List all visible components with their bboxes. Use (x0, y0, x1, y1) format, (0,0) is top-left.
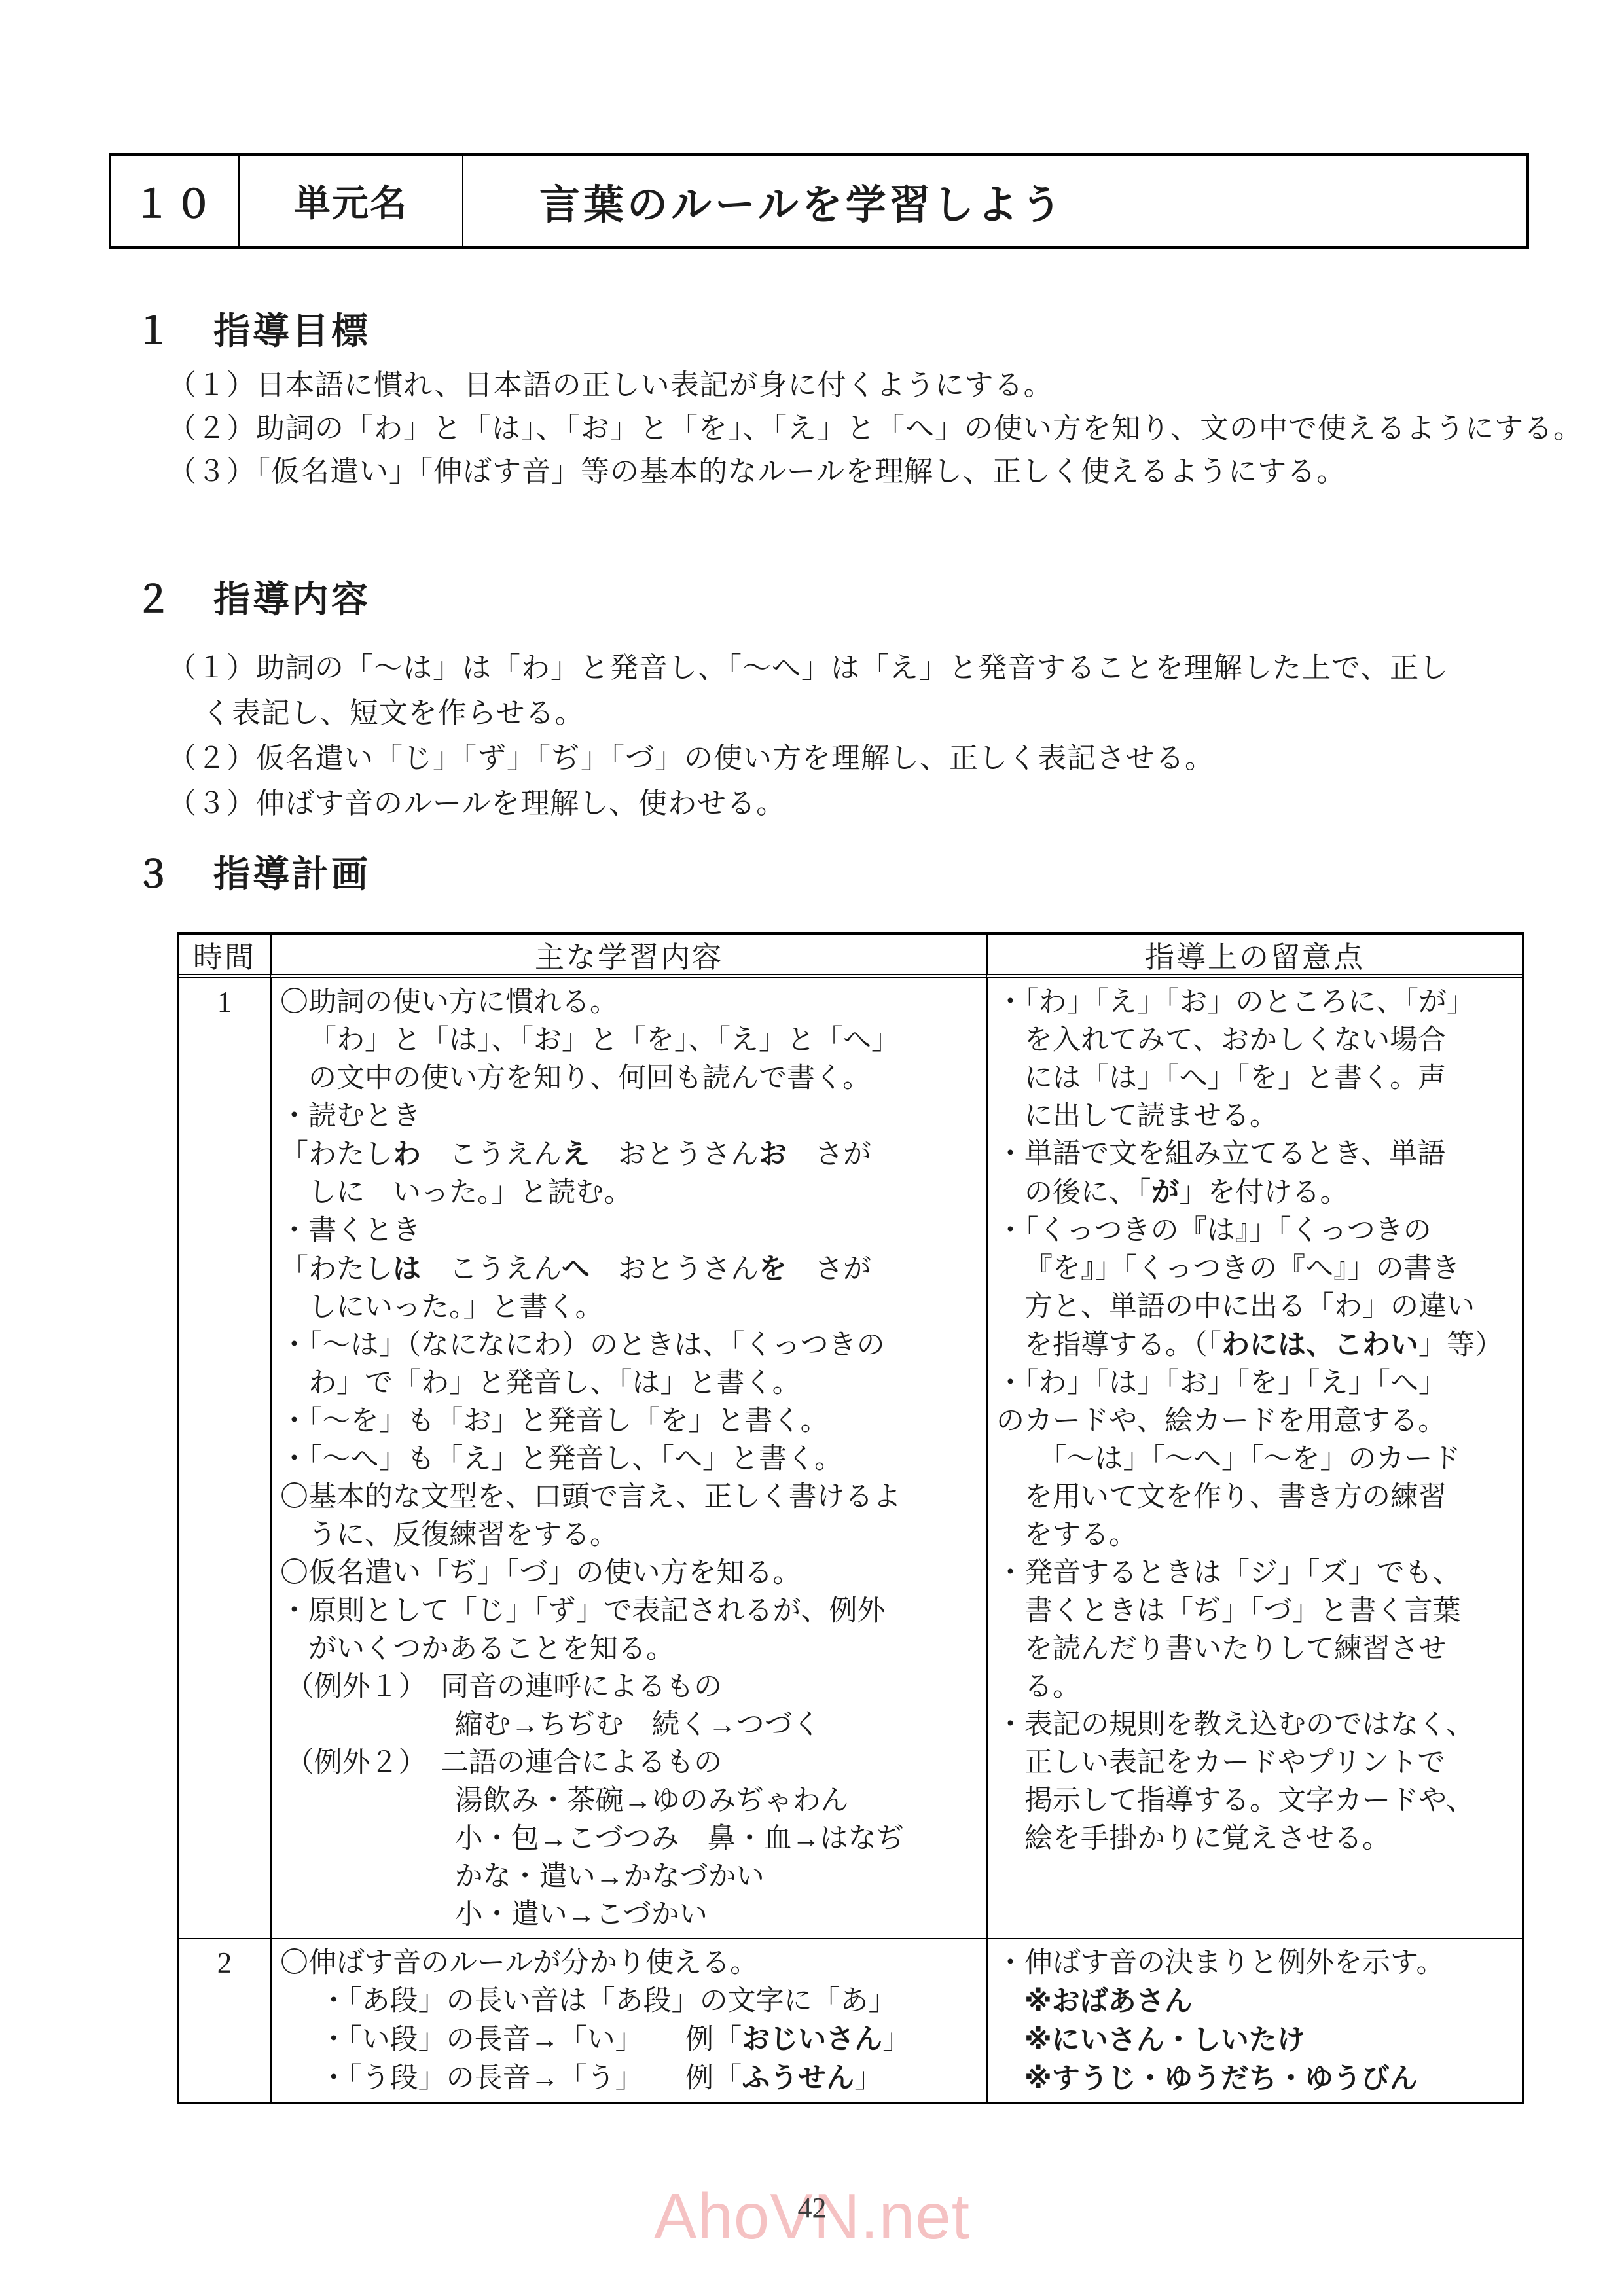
text-line: 「わたしわ こうえんえ おとうさんお さが (280, 1136, 979, 1174)
text-line: ・「わ」「え」「お」のところに、「が」 (996, 984, 1514, 1022)
text-line: 「わ」と「は」、「お」と「を」、「え」と「へ」 (280, 1022, 979, 1060)
text-line: ・表記の規則を教え込むのではなく、 (996, 1706, 1514, 1744)
text-line: ・伸ばす音の決まりと例外を示す。 (996, 1945, 1514, 1982)
text-line: 掲示して指導する。文字カードや、 (996, 1782, 1514, 1820)
text-line: ※おばあさん (996, 1982, 1514, 2021)
plan-table-header-row: 時間 主な学習内容 指導上の留意点 (179, 935, 1522, 978)
text-line: ・「う段」の長音→「う」 例「ふうせん」 (280, 2059, 979, 2098)
text-line: （１）日本語に慣れ、日本語の正しい表記が身に付くようにする。 (168, 364, 1583, 407)
text-line: 「わたしは こうえんへ おとうさんを さが (280, 1250, 979, 1289)
text-line: かな・遣い→かなづかい (280, 1858, 979, 1896)
text-line: ・「あ段」の長い音は「あ段」の文字に「あ」 (280, 1982, 979, 2020)
text-line: ※にいさん・しいたけ (996, 2021, 1514, 2060)
text-line: （１）助詞の「〜は」は「わ」と発音し、「〜へ」は「え」と発音することを理解した上… (168, 645, 1449, 691)
text-line: しに いった。」と読む。 (280, 1174, 979, 1212)
text-line: （２）助詞の「わ」と「は」、「お」と「を」、「え」と「へ」の使い方を知り、文の中… (168, 407, 1583, 450)
text-line: （例外２） 二語の連合によるもの (280, 1744, 979, 1782)
text-line: 小・遣い→こづかい (280, 1896, 979, 1934)
unit-title-box: １０ 単元名 言葉のルールを学習しよう (109, 153, 1529, 249)
unit-title: 言葉のルールを学習しよう (463, 156, 1526, 246)
lesson-plan-page: １０ 単元名 言葉のルールを学習しよう １ 指導目標 （１）日本語に慣れ、日本語… (0, 0, 1624, 2296)
unit-number: １０ (111, 156, 238, 246)
text-line: しにいった。」と書く。 (280, 1289, 979, 1327)
row2-time-cell: 2 (179, 1939, 270, 2102)
section1-items: （１）日本語に慣れ、日本語の正しい表記が身に付くようにする。（２）助詞の「わ」と… (168, 364, 1583, 493)
text-line: （３）「仮名遣い」「伸ばす音」等の基本的なルールを理解し、正しく使えるようにする… (168, 450, 1583, 493)
header-time: 時間 (179, 935, 270, 978)
text-line: を指導する。（「わには、こわい」等） (996, 1326, 1514, 1365)
text-line: ・単語で文を組み立てるとき、単語 (996, 1136, 1514, 1174)
text-line: を入れてみて、おかしくない場合 (996, 1022, 1514, 1060)
text-line: （３）伸ばす音のルールを理解し、使わせる。 (168, 781, 1449, 826)
page-number: 42 (0, 2191, 1624, 2225)
text-line: には「は」「へ」「を」と書く。声 (996, 1060, 1514, 1098)
row1-content-cell: 〇助詞の使い方に慣れる。「わ」と「は」、「お」と「を」、「え」と「へ」の文中の使… (270, 978, 986, 1938)
text-line: の文中の使い方を知り、何回も読んで書く。 (280, 1060, 979, 1098)
text-line: ・「〜は」（なになにわ）のときは、「くっつきの (280, 1327, 979, 1365)
text-line: 〇仮名遣い「ぢ」「づ」の使い方を知る。 (280, 1554, 979, 1592)
row1-notes-cell: ・「わ」「え」「お」のところに、「が」を入れてみて、おかしくない場合には「は」「… (986, 978, 1522, 1938)
text-line: 書くときは「ぢ」「づ」と書く言葉 (996, 1592, 1514, 1630)
text-line: 縮む→ちぢむ 続く→つづく (280, 1706, 979, 1744)
section3-heading: ３ 指導計画 (135, 846, 370, 898)
text-line: ・「〜へ」も「え」と発音し、「へ」と書く。 (280, 1441, 979, 1479)
text-line: （例外１） 同音の連呼によるもの (280, 1668, 979, 1706)
text-line: （２）仮名遣い「じ」「ず」「ぢ」「づ」の使い方を理解し、正しく表記させる。 (168, 736, 1449, 781)
text-line: ※すうじ・ゆうだち・ゆうびん (996, 2060, 1514, 2098)
plan-table: 時間 主な学習内容 指導上の留意点 1 〇助詞の使い方に慣れる。「わ」と「は」、… (177, 932, 1524, 2104)
text-line: ・「い段」の長音→「い」 例「おじいさん」 (280, 2020, 979, 2059)
text-line: 方と、単語の中に出る「わ」の違い (996, 1288, 1514, 1326)
text-line: 小・包→こづつみ 鼻・血→はなぢ (280, 1820, 979, 1858)
text-line: 正しい表記をカードやプリントで (996, 1744, 1514, 1782)
section2-items: （１）助詞の「〜は」は「わ」と発音し、「〜へ」は「え」と発音することを理解した上… (168, 645, 1449, 826)
text-line: がいくつかあることを知る。 (280, 1630, 979, 1668)
text-line: の後に、「が」を付ける。 (996, 1174, 1514, 1212)
text-line: 「〜は」「〜へ」「〜を」のカード (996, 1441, 1514, 1479)
text-line: のカードや、絵カードを用意する。 (996, 1403, 1514, 1441)
section2-heading: ２ 指導内容 (135, 571, 370, 623)
text-line: 〇助詞の使い方に慣れる。 (280, 984, 979, 1022)
text-line: 湯飲み・茶碗→ゆのみぢゃわん (280, 1782, 979, 1820)
row1-time-cell: 1 (179, 978, 270, 1938)
text-line: く表記し、短文を作らせる。 (168, 691, 1449, 736)
row2-notes-cell: ・伸ばす音の決まりと例外を示す。※おばあさん※にいさん・しいたけ※すうじ・ゆうだ… (986, 1939, 1522, 2102)
text-line: ・原則として「じ」「ず」で表記されるが、例外 (280, 1592, 979, 1630)
text-line: ・「〜を」も「お」と発音し「を」と書く。 (280, 1403, 979, 1441)
header-main-content: 主な学習内容 (270, 935, 986, 978)
row2-content-cell: 〇伸ばす音のルールが分かり使える。・「あ段」の長い音は「あ段」の文字に「あ」・「… (270, 1939, 986, 2102)
text-line: ・発音するときは「ジ」「ズ」でも、 (996, 1554, 1514, 1592)
table-row: 2 〇伸ばす音のルールが分かり使える。・「あ段」の長い音は「あ段」の文字に「あ」… (179, 1939, 1522, 2102)
text-line: を用いて文を作り、書き方の練習 (996, 1479, 1514, 1516)
text-line: を読んだり書いたりして練習させ (996, 1630, 1514, 1668)
text-line: うに、反復練習をする。 (280, 1516, 979, 1554)
text-line: をする。 (996, 1516, 1514, 1554)
header-guidance-notes: 指導上の留意点 (986, 935, 1522, 978)
text-line: ・「わ」「は」「お」「を」「え」「へ」 (996, 1365, 1514, 1403)
text-line: 絵を手掛かりに覚えさせる。 (996, 1820, 1514, 1858)
table-row: 1 〇助詞の使い方に慣れる。「わ」と「は」、「お」と「を」、「え」と「へ」の文中… (179, 978, 1522, 1939)
text-line: に出して読ませる。 (996, 1098, 1514, 1136)
text-line: ・書くとき (280, 1212, 979, 1250)
text-line: わ」で「わ」と発音し、「は」と書く。 (280, 1365, 979, 1403)
unit-label: 単元名 (238, 156, 463, 246)
section1-heading: １ 指導目標 (135, 302, 370, 355)
text-line: 〇基本的な文型を、口頭で言え、正しく書けるよ (280, 1479, 979, 1516)
text-line: 『を』」「くっつきの『へ』」の書き (996, 1250, 1514, 1288)
text-line: ・「くっつきの『は』」「くっつきの (996, 1212, 1514, 1250)
text-line: 〇伸ばす音のルールが分かり使える。 (280, 1945, 979, 1982)
text-line: る。 (996, 1668, 1514, 1706)
text-line: ・読むとき (280, 1098, 979, 1136)
